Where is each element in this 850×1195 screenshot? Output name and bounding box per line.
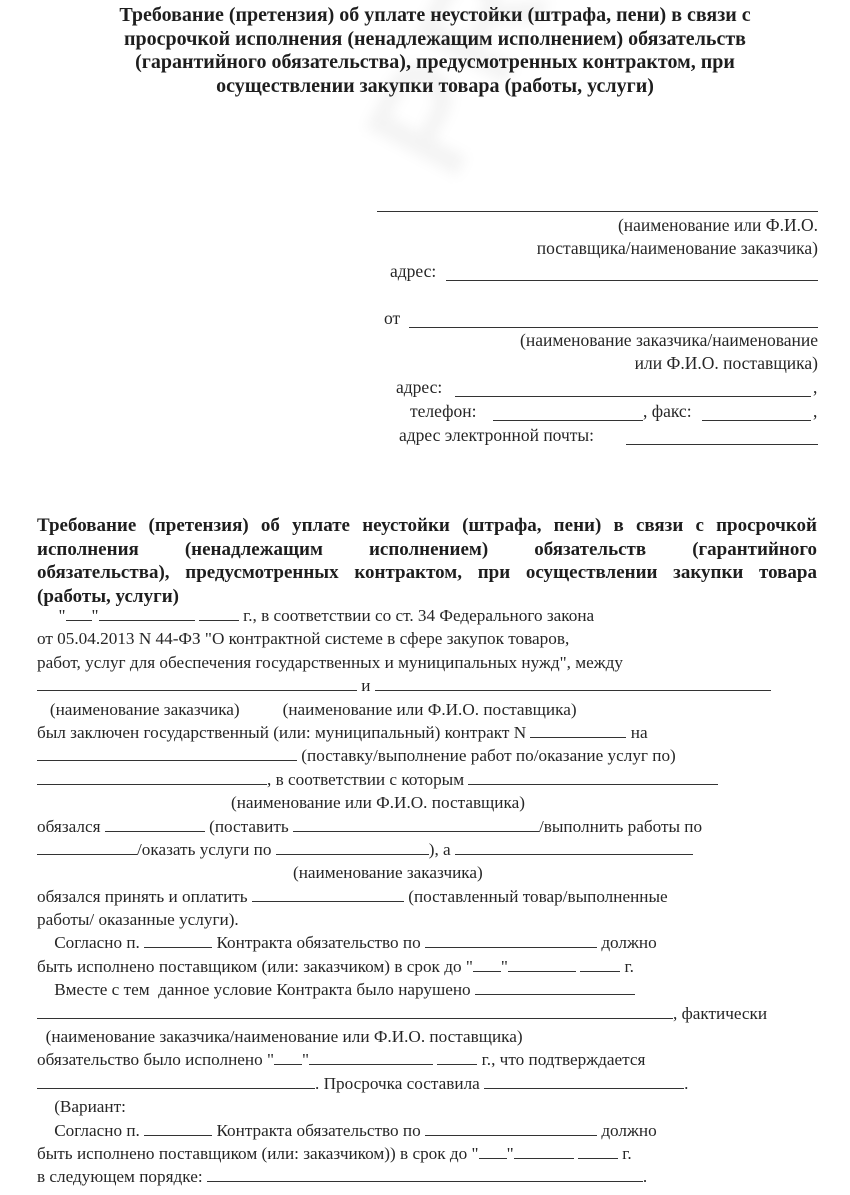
text: Контракта обязательство по: [212, 933, 425, 952]
year-field[interactable]: [578, 1143, 618, 1159]
document-title: Требование (претензия) об уплате неустой…: [90, 4, 780, 98]
body-line: работы/ оказанные услуги).: [37, 908, 827, 931]
text: Согласно п.: [37, 1121, 144, 1140]
evidence-field[interactable]: [37, 1073, 315, 1089]
violator-field[interactable]: [37, 1003, 673, 1019]
recipient-caption: (наименование или Ф.И.О.: [618, 215, 818, 236]
violator-field[interactable]: [475, 979, 635, 995]
body-line: в следующем порядке: .: [37, 1165, 827, 1188]
quote: ": [507, 1144, 514, 1163]
clause-field[interactable]: [144, 932, 212, 948]
text: обязался: [37, 817, 105, 836]
contract-subject-field[interactable]: [37, 769, 267, 785]
quote: ": [58, 606, 65, 625]
text: (поставленный товар/выполненные: [404, 887, 668, 906]
goods-field[interactable]: [293, 816, 539, 832]
body-line: обязался принять и оплатить (поставленны…: [37, 885, 827, 908]
text: г.: [618, 1144, 632, 1163]
body-line: "" г., в соответствии со ст. 34 Федераль…: [37, 604, 827, 627]
obligation-field[interactable]: [425, 932, 597, 948]
body-line: от 05.04.2013 N 44-ФЗ "О контрактной сис…: [37, 627, 827, 650]
body-line: (наименование заказчика): [37, 861, 827, 884]
text: и: [357, 676, 375, 695]
title-line: (гарантийного обязательства), предусмотр…: [90, 51, 780, 75]
text: . Просрочка составила: [315, 1074, 484, 1093]
body-line: быть исполнено поставщиком (или: заказчи…: [37, 955, 827, 978]
comma: ,: [813, 377, 817, 398]
month-field[interactable]: [99, 605, 195, 621]
heading-line: исполнения (ненадлежащим исполнением) об…: [37, 538, 817, 562]
body-line: Согласно п. Контракта обязательство по д…: [37, 931, 827, 954]
phone-label: телефон:: [410, 401, 476, 422]
body-line: , фактически: [37, 1002, 827, 1025]
year-field[interactable]: [580, 956, 620, 972]
supplier-name-field[interactable]: [375, 675, 771, 691]
sender-address-field[interactable]: [455, 379, 811, 397]
quote: ": [501, 957, 508, 976]
sender-name-field[interactable]: [409, 310, 818, 328]
month-field[interactable]: [309, 1049, 433, 1065]
text: Контракта обязательство по: [212, 1121, 425, 1140]
text: г.: [620, 957, 634, 976]
heading-line: обязательства), предусмотренных контракт…: [37, 561, 817, 585]
services-field[interactable]: [276, 839, 429, 855]
customer-name-field[interactable]: [37, 675, 357, 691]
text: Согласно п.: [37, 933, 144, 952]
body-line: работ, услуг для обеспечения государстве…: [37, 651, 827, 674]
body-line: (Вариант:: [37, 1095, 827, 1118]
recipient-address-field[interactable]: [446, 263, 818, 281]
contract-number-field[interactable]: [530, 722, 626, 738]
body-line: (наименование или Ф.И.О. поставщика): [37, 791, 827, 814]
text: ), а: [429, 840, 455, 859]
title-line: просрочкой исполнения (ненадлежащим испо…: [90, 28, 780, 52]
quote: ": [92, 606, 99, 625]
heading-line: Требование (претензия) об уплате неустой…: [37, 514, 817, 538]
text: .: [684, 1074, 688, 1093]
contract-subject-field[interactable]: [37, 745, 297, 761]
works-field[interactable]: [37, 839, 137, 855]
clause-field[interactable]: [144, 1120, 212, 1136]
fax-label: , факс:: [643, 401, 692, 422]
sender-caption: или Ф.И.О. поставщика): [635, 353, 818, 374]
month-field[interactable]: [514, 1143, 574, 1159]
recipient-name-field[interactable]: [377, 194, 818, 212]
body-line: Согласно п. Контракта обязательство по д…: [37, 1119, 827, 1142]
body-line: Вместе с тем данное условие Контракта бы…: [37, 978, 827, 1001]
body-line: обязался (поставить /выполнить работы по: [37, 815, 827, 838]
email-label: адрес электронной почты:: [399, 425, 594, 446]
section-heading: Требование (претензия) об уплате неустой…: [37, 514, 817, 608]
obligation-field[interactable]: [105, 816, 205, 832]
text: Вместе с тем данное условие Контракта бы…: [37, 980, 475, 999]
delay-field[interactable]: [484, 1073, 684, 1089]
text: в следующем порядке:: [37, 1167, 207, 1186]
day-field[interactable]: [66, 605, 92, 621]
text: г., что подтверждается: [477, 1050, 645, 1069]
procedure-field[interactable]: [207, 1166, 643, 1182]
from-label: от: [384, 308, 400, 329]
text: .: [643, 1167, 647, 1186]
supplier-name-field[interactable]: [468, 769, 718, 785]
text: обязался принять и оплатить: [37, 887, 252, 906]
email-field[interactable]: [626, 427, 818, 445]
fax-field[interactable]: [702, 403, 811, 421]
body-line: (наименование заказчика) (наименование и…: [37, 698, 827, 721]
text: был заключен государственный (или: муниц…: [37, 723, 530, 742]
phone-field[interactable]: [493, 403, 643, 421]
text: /оказать услуги по: [137, 840, 276, 859]
text: , фактически: [673, 1004, 767, 1023]
text: /выполнить работы по: [539, 817, 702, 836]
text: должно: [597, 933, 657, 952]
title-line: осуществлении закупки товара (работы, ус…: [90, 75, 780, 99]
year-field[interactable]: [199, 605, 239, 621]
body-line: был заключен государственный (или: муниц…: [37, 721, 827, 744]
body-line: . Просрочка составила .: [37, 1072, 827, 1095]
text: обязательство было исполнено ": [37, 1050, 274, 1069]
text: (поставку/выполнение работ по/оказание у…: [297, 746, 676, 765]
obligation-field[interactable]: [425, 1120, 597, 1136]
text: быть исполнено поставщиком (или: заказчи…: [37, 957, 473, 976]
text: (поставить: [205, 817, 293, 836]
text: быть исполнено поставщиком (или: заказчи…: [37, 1144, 479, 1163]
body-line: (наименование заказчика/наименование или…: [37, 1025, 827, 1048]
body-line: /оказать услуги по ), а: [37, 838, 827, 861]
body-line: и: [37, 674, 827, 697]
text: г., в соответствии со ст. 34 Федеральног…: [239, 606, 594, 625]
payment-field[interactable]: [252, 886, 404, 902]
text: должно: [597, 1121, 657, 1140]
text: на: [626, 723, 647, 742]
title-line: Требование (претензия) об уплате неустой…: [90, 4, 780, 28]
year-field[interactable]: [437, 1049, 477, 1065]
body-line: обязательство было исполнено "" г., что …: [37, 1048, 827, 1071]
body-line: (поставку/выполнение работ по/оказание у…: [37, 744, 827, 767]
sender-caption: (наименование заказчика/наименование: [520, 330, 818, 351]
day-field[interactable]: [479, 1143, 507, 1159]
recipient-caption: поставщика/наименование заказчика): [537, 238, 818, 259]
month-field[interactable]: [508, 956, 576, 972]
text: , в соответствии с которым: [267, 770, 468, 789]
comma: ,: [813, 401, 817, 422]
customer-name-field[interactable]: [455, 839, 693, 855]
quote: ": [302, 1050, 309, 1069]
document-body: "" г., в соответствии со ст. 34 Федераль…: [37, 604, 827, 1189]
sender-address-label: адрес:: [396, 377, 442, 398]
recipient-address-label: адрес:: [390, 261, 436, 282]
day-field[interactable]: [473, 956, 501, 972]
body-line: быть исполнено поставщиком (или: заказчи…: [37, 1142, 827, 1165]
day-field[interactable]: [274, 1049, 302, 1065]
body-line: , в соответствии с которым: [37, 768, 827, 791]
